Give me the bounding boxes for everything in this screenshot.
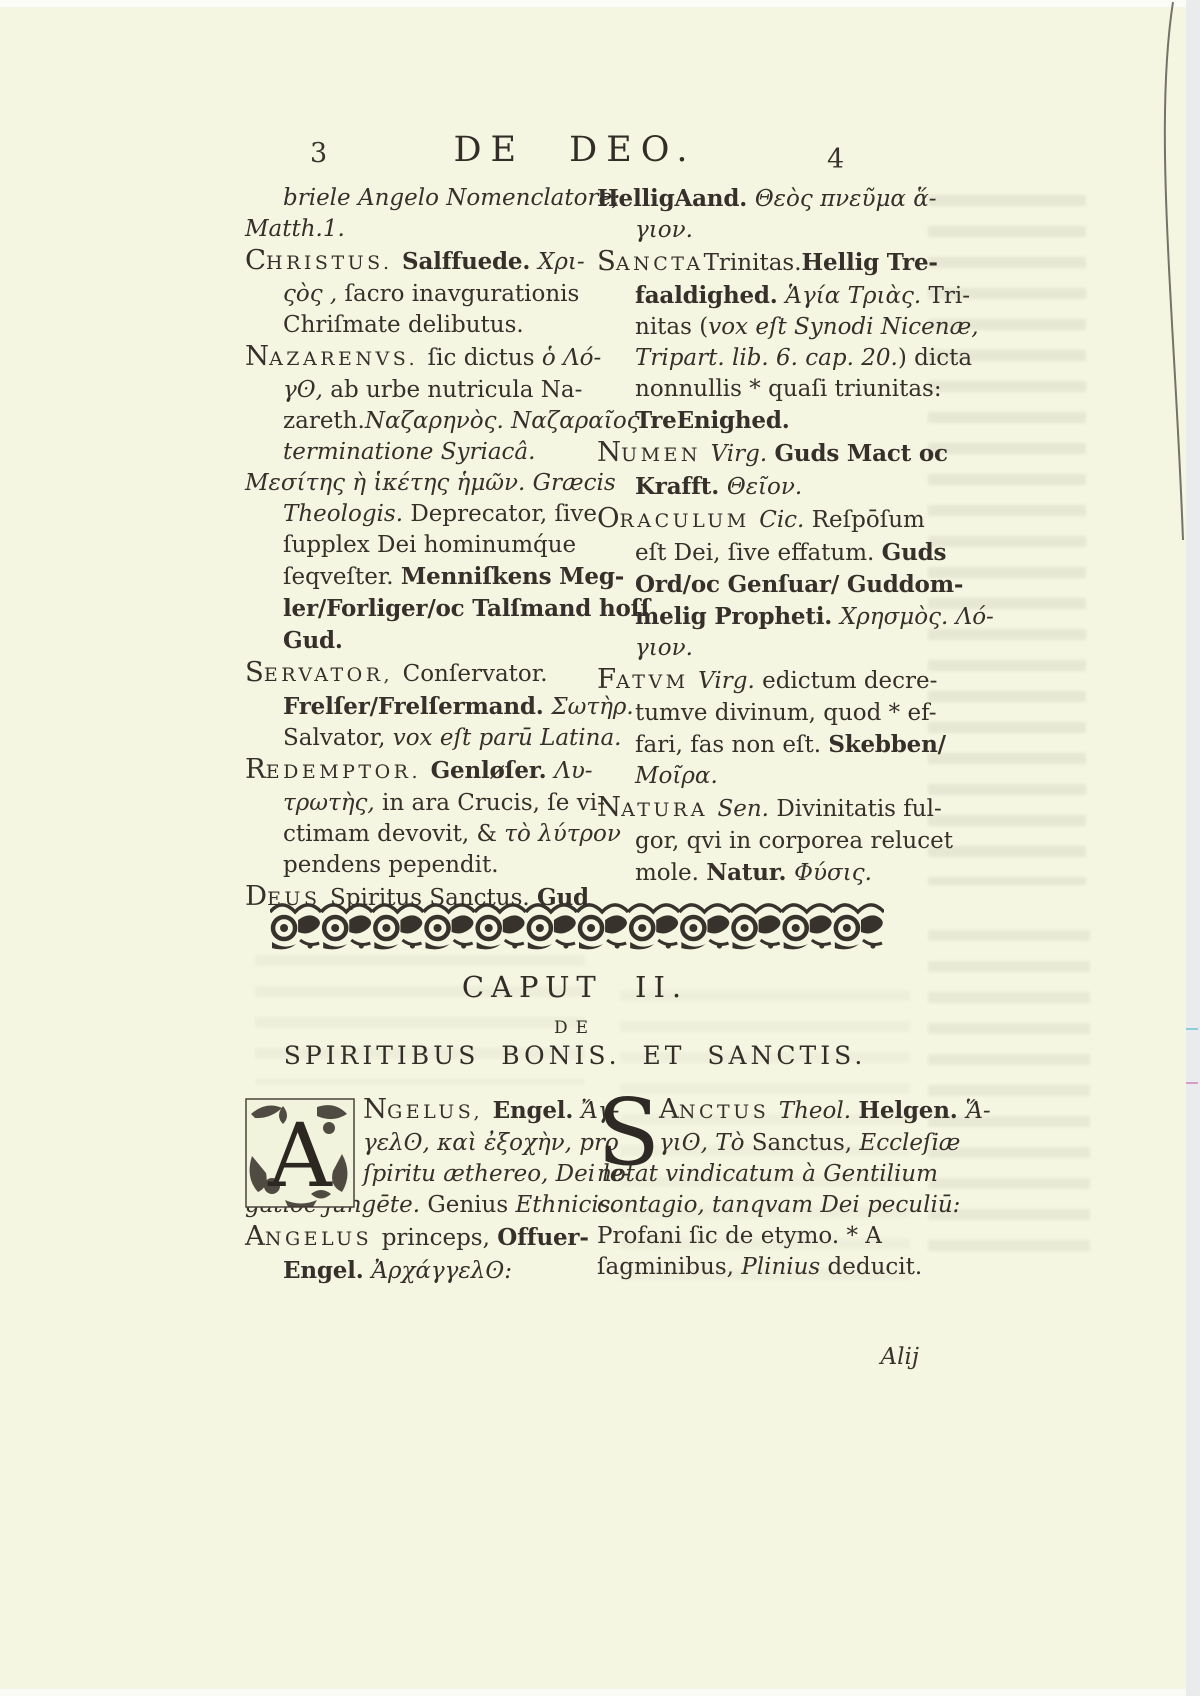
text-segment: Virg. [698, 668, 762, 694]
text-segment: AZARENVS. [269, 348, 428, 370]
text-line: ler/Forliger/oc Talſmand hoſſ [245, 593, 597, 625]
text-segment: Menniſkens Meg- [401, 563, 624, 590]
text-segment: Λυ- [554, 758, 592, 784]
text-line: γιʘ, Τὸ Sanctus, Eccleſiæ [659, 1128, 927, 1159]
text-segment: Natur. [706, 859, 794, 886]
text-segment: ſagminibus, [597, 1254, 741, 1280]
text-segment: GELUS, [387, 1101, 493, 1123]
text-segment: Helgen. [858, 1097, 965, 1124]
text-segment: Offuer- [497, 1224, 588, 1251]
text-segment: Ἅ- [965, 1098, 990, 1124]
text-line: zareth.Ναζαρηνὸς. Ναζαραῖος [245, 406, 597, 437]
text-segment: Trinitas. [704, 250, 802, 276]
text-segment: Krafft. [635, 473, 727, 500]
entry: ORACULUM Cic. Reſpōſumeſt Dei, ſive effa… [597, 503, 927, 664]
text-segment: γιον. [635, 635, 693, 661]
text-segment: Θεῖον. [727, 474, 802, 500]
entry: briele Angelo Nomenclatore;Matth.1. [245, 183, 597, 245]
text-segment: Ἁγία Τριὰς. [785, 283, 928, 309]
text-segment: TreEnighed. [635, 407, 790, 434]
text-segment: ERVATOR, [264, 664, 403, 686]
text-segment: nonnullis * quaſi triunitas: [635, 376, 942, 402]
text-segment: ὁ Λό- [542, 345, 601, 371]
text-segment: in ara Crucis, ſe vi- [382, 790, 605, 816]
text-line: Tripart. lib. 6. cap. 20.) dicta [597, 343, 927, 374]
text-segment: pendens pependit. [283, 852, 499, 878]
text-line: ſagminibus, Plinius deducit. [597, 1252, 927, 1283]
text-line: Μοῖρα. [597, 761, 927, 792]
entry: REDEMPTOR. Genløſer. Λυ-τρωτὴς, in ara C… [245, 754, 597, 881]
text-line: Chriſmate delibutus. [245, 310, 597, 341]
text-segment: F [597, 663, 616, 695]
text-line: γʘ, ab urbe nutricula Na- [245, 375, 597, 406]
text-segment: contagio, tanqvam Dei peculiū: [597, 1192, 960, 1218]
text-segment: nitas ( [635, 314, 708, 340]
text-segment: Matth.1. [245, 216, 345, 242]
scan-edge-bottom [0, 1689, 1200, 1696]
scan-edge-top [0, 0, 1200, 7]
text-segment: N [597, 436, 621, 468]
text-segment: Skebben/ [828, 731, 946, 758]
text-segment: Chriſmate delibutus. [283, 312, 524, 338]
text-line: Gud. [245, 625, 597, 657]
text-segment: Theol. [779, 1098, 859, 1124]
text-segment: HRISTUS. [266, 252, 402, 274]
entry: SANCTATrinitas.Hellig Tre-faaldighed. Ἁγ… [597, 246, 927, 437]
text-line: γιον. [597, 633, 927, 664]
text-segment: Divinitatis ful- [776, 796, 941, 822]
text-segment: ςὸς , [283, 281, 345, 307]
text-segment: ctimam devovit, & [283, 821, 504, 847]
text-segment: UMEN [621, 444, 711, 466]
text-segment: γελʘ, καὶ ἐξοχὴν, [363, 1130, 579, 1156]
catchword: Alij [597, 1344, 919, 1370]
text-segment: EDEMPTOR. [266, 761, 431, 783]
text-segment: γιʘ, Τὸ [659, 1130, 752, 1156]
text-column-right-bottom: S ANCTUS Theol. Helgen. Ἅ-γιʘ, Τὸ Sanctu… [597, 1094, 927, 1283]
text-line: HelligAand. Θεὸς πνεῦμα ἅ- [597, 183, 927, 215]
text-segment: γιον. [635, 217, 693, 243]
text-line: ſupplex Dei hominumq́ue [245, 530, 597, 561]
text-line: NAZARENVS. ſic dictus ὁ Λό- [245, 341, 597, 375]
text-segment: mole. [635, 860, 706, 886]
text-line: nitas (vox eſt Synodi Nicenæ, [597, 312, 927, 343]
text-segment: Theologis. [283, 501, 410, 527]
text-segment: Cic. [759, 507, 811, 533]
text-segment: NCTUS [679, 1101, 779, 1123]
chapter-heading: CAPUT II. [245, 970, 905, 1004]
text-segment: O [597, 502, 620, 534]
text-segment: Salvator, [283, 725, 393, 751]
text-segment: Sen. [718, 796, 777, 822]
scan-artifact-line [1186, 1028, 1198, 1030]
page-number-right: 4 [827, 144, 844, 175]
text-segment: Virg. [711, 441, 775, 467]
text-segment: NGELUS [265, 1228, 382, 1250]
text-line: SERVATOR, Conſervator. [245, 657, 597, 691]
text-segment: Tripart. lib. 6. cap. 20. [635, 345, 898, 371]
text-segment: Φύσις. [794, 860, 872, 886]
text-line: NUMEN Virg. Guds Mact oc [597, 437, 927, 471]
text-segment: Reſpōſum [812, 507, 925, 533]
text-segment: ler/Forliger/oc Talſmand hoſſ [283, 595, 650, 622]
text-line: Frelſer/Frelſermand. Σωτὴρ. [245, 691, 597, 723]
text-segment: vox eſt parū Latina. [393, 725, 622, 751]
text-segment: S [245, 656, 264, 688]
text-segment: Profani ſic de etymo. * A [597, 1223, 882, 1249]
text-segment: Guds [882, 539, 947, 566]
text-line: ſpiritu æthereo, Dei le- [363, 1159, 597, 1190]
text-segment: A [659, 1093, 679, 1125]
entry: NAZARENVS. ſic dictus ὁ Λό-γʘ, ab urbe n… [245, 341, 597, 468]
text-segment: γʘ, [283, 377, 323, 403]
text-segment: Genius [427, 1192, 515, 1218]
text-segment: ATVM [616, 671, 698, 693]
text-segment: ſeqveſter. [283, 564, 401, 590]
text-segment: faaldighed. [635, 282, 785, 309]
text-line: Μεσίτης ὴ ἱκέτης ἡμῶν. Græcis [245, 468, 597, 499]
text-segment: τρωτὴς, [283, 790, 382, 816]
text-segment: ſic dictus [428, 345, 542, 371]
initial-letter-a: A [267, 1104, 333, 1207]
text-segment: edictum decre- [762, 668, 937, 694]
text-segment: A [245, 1220, 265, 1252]
text-line: NGELUS, Engel. Ἄγ- [363, 1094, 597, 1128]
text-line: γελʘ, καὶ ἐξοχὴν, pro [363, 1128, 597, 1159]
text-line: γιον. [597, 215, 927, 246]
text-line: ctimam devovit, & τὸ λύτρον [245, 819, 597, 850]
text-segment: Conſervator. [403, 661, 548, 687]
text-line: ANGELUS princeps, Offuer- [245, 1221, 597, 1255]
text-line: gor, qvi in corporea relucet [597, 826, 927, 857]
text-line: SANCTATrinitas.Hellig Tre- [597, 246, 927, 280]
text-segment: ſacro inavgurationis [345, 281, 580, 307]
text-line: Krafft. Θεῖον. [597, 471, 927, 503]
text-line: Matth.1. [245, 214, 597, 245]
text-segment: Engel. [493, 1097, 581, 1124]
text-segment: zareth. [283, 408, 365, 434]
text-segment: N [245, 340, 269, 372]
text-segment: Frelſer/Frelſermand. [283, 693, 551, 720]
entry: NUMEN Virg. Guds Mact ocKrafft. Θεῖον. [597, 437, 927, 503]
text-segment: ſpiritu æthereo, Dei le- [363, 1161, 631, 1187]
text-segment: eſt Dei, ſive effatum. [635, 540, 882, 566]
text-segment: Engel. [283, 1257, 371, 1284]
text-segment: gor, qvi in corporea relucet [635, 828, 953, 854]
text-line: nonnullis * quaſi triunitas: [597, 374, 927, 405]
text-line: Theologis. Deprecator, ſive [245, 499, 597, 530]
text-line: ſeqveſter. Menniſkens Meg- [245, 561, 597, 593]
text-segment: Tri- [929, 283, 970, 309]
page-edge-curve [1085, 0, 1195, 560]
text-segment: ab urbe nutricula Na- [323, 377, 582, 403]
text-segment: ANCTA [616, 253, 704, 275]
entry: NATURA Sen. Divinitatis ful-gor, qvi in … [597, 792, 927, 889]
text-segment: Hellig Tre- [802, 249, 938, 276]
text-line: faaldighed. Ἁγία Τριὰς. Tri- [597, 280, 927, 312]
text-line: NATURA Sen. Divinitatis ful- [597, 792, 927, 826]
text-line: τρωτὴς, in ara Crucis, ſe vi- [245, 788, 597, 819]
text-segment: Θεὸς πνεῦμα ἅ- [755, 186, 937, 212]
text-segment: Μοῖρα. [635, 763, 718, 789]
text-line: briele Angelo Nomenclatore; [245, 183, 597, 214]
text-line: ORACULUM Cic. Reſpōſum [597, 503, 927, 537]
text-segment: S [597, 245, 616, 277]
text-segment: fari, fas non eſt. [635, 732, 828, 758]
text-segment: Ἀρχάγγελʘ: [371, 1258, 512, 1284]
text-column-left-bottom: A NGELUS, Engel. Ἄγ-γελʘ, καὶ ἐξοχὴν, pr… [245, 1094, 597, 1287]
entry: SERVATOR, Conſervator.Frelſer/Frelſerman… [245, 657, 597, 754]
text-line: fari, fas non eſt. Skebben/ [597, 729, 927, 761]
woodcut-initial-a: A [245, 1098, 355, 1208]
text-line: melig Propheti. Χρησμὸς. Λό- [597, 601, 927, 633]
text-segment: vox eſt Synodi Nicenæ, [708, 314, 978, 340]
text-column-left: briele Angelo Nomenclatore;Matth.1.CHRIS… [245, 183, 597, 915]
entry: Μεσίτης ὴ ἱκέτης ἡμῶν. GræcisTheologis. … [245, 468, 597, 657]
text-segment: Χρησμὸς. Λό- [840, 604, 994, 630]
text-segment: C [245, 244, 266, 276]
text-segment: N [597, 791, 621, 823]
text-column-right: HelligAand. Θεὸς πνεῦμα ἅ-γιον.SANCTATri… [597, 183, 927, 889]
entry: FATVM Virg. edictum decre-tumve divinum,… [597, 664, 927, 792]
text-segment: Χρι- [538, 249, 585, 275]
text-segment: tumve divinum, quod * ef- [635, 700, 937, 726]
scanned-book-page: 3 DE DEO. 4 briele Angelo Nomenclatore;M… [0, 0, 1200, 1696]
text-line: mole. Natur. Φύσις. [597, 857, 927, 889]
text-segment: D [245, 880, 267, 912]
text-segment: ATURA [621, 799, 717, 821]
text-line: REDEMPTOR. Genløſer. Λυ- [245, 754, 597, 788]
text-segment: Gud. [283, 627, 343, 654]
text-segment: deducit. [828, 1254, 923, 1280]
text-line: terminatione Syriacâ. [245, 437, 597, 468]
text-segment: R [245, 753, 266, 785]
text-segment: ſupplex Dei hominumq́ue [283, 532, 576, 558]
text-line: tumve divinum, quod * ef- [597, 698, 927, 729]
running-title: DE DEO. [245, 130, 905, 170]
text-segment: melig Propheti. [635, 603, 840, 630]
text-segment: Eccleſiæ [859, 1130, 960, 1156]
text-segment: princeps, [382, 1225, 498, 1251]
text-line: ςὸς , ſacro inavgurationis [245, 279, 597, 310]
text-line: Profani ſic de etymo. * A [597, 1221, 927, 1252]
text-line: contagio, tanqvam Dei peculiū: [597, 1190, 927, 1221]
text-line: eſt Dei, ſive effatum. Guds [597, 537, 927, 569]
text-segment: Guds Mact oc [774, 440, 947, 467]
scan-artifact-line [1186, 1082, 1198, 1084]
text-line: Salvator, vox eſt parū Latina. [245, 723, 597, 754]
text-segment: RACULUM [620, 510, 760, 532]
text-line: CHRISTUS. Salffuede. Χρι- [245, 245, 597, 279]
text-segment: terminatione Syriacâ. [283, 439, 535, 465]
text-segment: briele Angelo Nomenclatore; [283, 185, 620, 211]
text-segment: Plinius [741, 1254, 827, 1280]
entry: HelligAand. Θεὸς πνεῦμα ἅ-γιον. [597, 183, 927, 246]
text-segment: Deprecator, ſive [410, 501, 597, 527]
text-segment: ) dicta [898, 345, 972, 371]
chapter-de: DE [245, 1018, 905, 1038]
text-segment: N [363, 1093, 387, 1125]
text-segment: Salffuede. [402, 248, 538, 275]
text-line: FATVM Virg. edictum decre- [597, 664, 927, 698]
text-segment: Genløſer. [431, 757, 555, 784]
text-segment: Μεσίτης ὴ ἱκέτης ἡμῶν. [245, 470, 533, 496]
entry: ANGELUS princeps, Offuer-Engel. Ἀρχάγγελ… [245, 1221, 597, 1287]
floral-ornament-band [270, 899, 884, 953]
text-segment: HelligAand. [597, 185, 755, 212]
text-segment: Sanctus, [752, 1130, 860, 1156]
entry: CHRISTUS. Salffuede. Χρι-ςὸς , ſacro ina… [245, 245, 597, 341]
text-line: TreEnighed. [597, 405, 927, 437]
dropcap-initial-s: S [597, 1094, 660, 1172]
text-segment: Ord/oc Genſuar/ Guddom- [635, 571, 963, 598]
text-line: Ord/oc Genſuar/ Guddom- [597, 569, 927, 601]
text-line: ANCTUS Theol. Helgen. Ἅ- [659, 1094, 927, 1128]
text-line: Engel. Ἀρχάγγελʘ: [245, 1255, 597, 1287]
text-line: pendens pependit. [245, 850, 597, 881]
chapter-subtitle: SPIRITIBUS BONIS. ET SANCTIS. [245, 1041, 905, 1070]
